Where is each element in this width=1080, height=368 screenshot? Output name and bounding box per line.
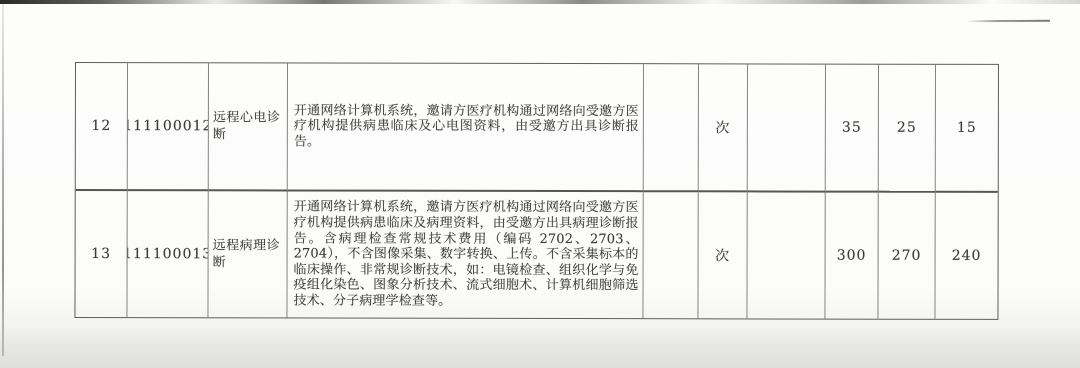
row-13-index: 13 <box>75 191 127 317</box>
row-12-unit: 次 <box>699 64 748 192</box>
scan-top-edge-artifact <box>0 0 1080 4</box>
row-13-name: 远程病理诊断 <box>208 191 287 317</box>
scan-top-right-line-artifact <box>966 20 1050 23</box>
row-13-price-2: 270 <box>878 193 935 319</box>
row-13-blank-a <box>643 192 698 318</box>
row-12-code: 111100012 <box>128 63 209 191</box>
row-13-unit: 次 <box>698 192 747 318</box>
row-12-description-text: 开通网络计算机系统，邀请方医疗机构通过网络向受邀方医疗机构提供病患临床及心电图资… <box>294 103 639 151</box>
row-13-price-1: 300 <box>825 193 878 319</box>
row-12-index: 12 <box>76 63 128 191</box>
row-12-blank-b <box>748 64 826 192</box>
row-13-description-text: 开通网络计算机系统，邀请方医疗机构通过网络向受邀方医疗机构提供病患临床及病理资料… <box>293 200 638 310</box>
row-12-description: 开通网络计算机系统，邀请方医疗机构通过网络向受邀方医疗机构提供病患临床及心电图资… <box>288 63 644 192</box>
row-13-blank-b <box>747 192 825 318</box>
row-12-name: 远程心电诊断 <box>209 63 288 191</box>
scan-left-edge-artifact <box>2 4 4 356</box>
price-table: 12 111100012 远程心电诊断 开通网络计算机系统，邀请方医疗机构通过网… <box>74 62 999 320</box>
row-12-price-1: 35 <box>826 65 879 193</box>
row-13-price-3: 240 <box>935 193 997 319</box>
row-13-code: 111100013 <box>127 191 208 317</box>
row-12-price-2: 25 <box>879 65 936 193</box>
row-12-price-3: 15 <box>936 65 998 193</box>
scanned-page: 12 111100012 远程心电诊断 开通网络计算机系统，邀请方医疗机构通过网… <box>0 0 1080 368</box>
row-12-blank-a <box>644 64 699 192</box>
row-13-description: 开通网络计算机系统，邀请方医疗机构通过网络向受邀方医疗机构提供病患临床及病理资料… <box>287 191 643 318</box>
